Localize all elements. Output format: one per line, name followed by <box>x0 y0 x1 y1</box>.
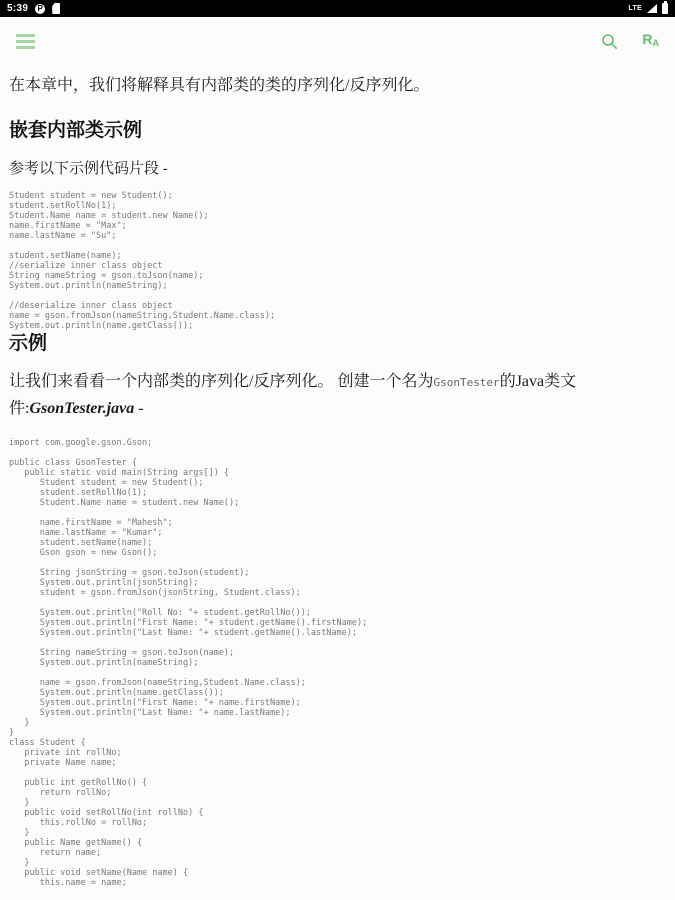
network-type-label: LTE <box>628 5 642 12</box>
app-toolbar: RA <box>0 17 675 65</box>
battery-icon <box>662 3 668 14</box>
inline-class-name: GsonTester <box>433 376 499 389</box>
menu-icon[interactable] <box>16 34 35 49</box>
status-bar-right: LTE <box>628 3 668 14</box>
status-bar: 5:39 P LTE <box>0 0 675 17</box>
notification-p-icon: P <box>35 4 45 14</box>
snippet-lead-paragraph: 参考以下示例代码片段 - <box>9 159 666 179</box>
example-desc-text-3: - <box>134 400 143 417</box>
article-content: 在本章中，我们将解释具有内部类的类的序列化/反序列化。 嵌套内部类示例 参考以下… <box>0 65 675 888</box>
example-description: 让我们来看看一个内部类的序列化/反序列化。 创建一个名为GsonTester的J… <box>9 369 666 422</box>
example-heading: 示例 <box>9 331 666 356</box>
code-snippet-block: Student student = new Student(); student… <box>9 191 666 331</box>
clock: 5:39 <box>7 3 28 14</box>
text-size-icon-sub: A <box>653 38 660 48</box>
signal-strength-icon <box>647 4 657 13</box>
toolbar-actions: RA <box>601 32 659 50</box>
text-size-icon[interactable]: RA <box>642 32 659 50</box>
nested-inner-class-heading: 嵌套内部类示例 <box>9 118 666 143</box>
intro-paragraph: 在本章中，我们将解释具有内部类的类的序列化/反序列化。 <box>9 75 666 97</box>
text-size-icon-main: R <box>642 31 652 47</box>
example-desc-text-1: 让我们来看看一个内部类的序列化/反序列化。 创建一个名为 <box>9 373 433 390</box>
status-bar-left: 5:39 P <box>7 3 60 14</box>
java-file-name: GsonTester.java <box>29 400 134 417</box>
sd-card-icon <box>52 3 60 14</box>
search-icon[interactable] <box>601 33 618 50</box>
full-example-code-block: import com.google.gson.Gson; public clas… <box>9 438 666 888</box>
